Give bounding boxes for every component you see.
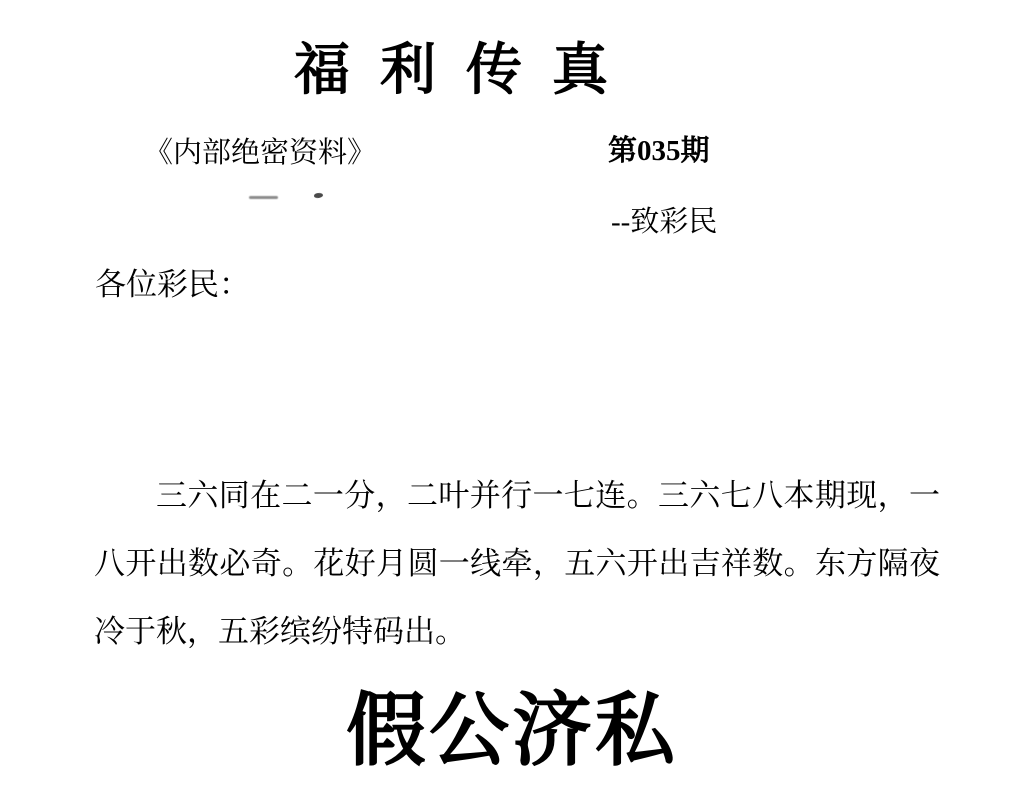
- document-page: 福利传真 《内部绝密资料》 第035期 --致彩民 各位彩民： 三六同在二一分，…: [0, 0, 1024, 805]
- document-title: 福利传真: [294, 26, 638, 106]
- salutation-line: 各位彩民：: [95, 259, 250, 304]
- verse-paragraph: 三六同在二一分，二叶并行一七连。三六七八本期现，一八开出数必奇。花好月圆一线牵，…: [94, 462, 940, 666]
- erased-text-dot-mark: [314, 192, 324, 198]
- dedication-label: --致彩民: [611, 199, 717, 240]
- issue-number: 第035期: [608, 128, 710, 169]
- footer-headline: 假公济私: [0, 666, 1024, 781]
- classification-label: 《内部绝密资料》: [144, 130, 376, 171]
- erased-text-dash-mark: [249, 196, 278, 199]
